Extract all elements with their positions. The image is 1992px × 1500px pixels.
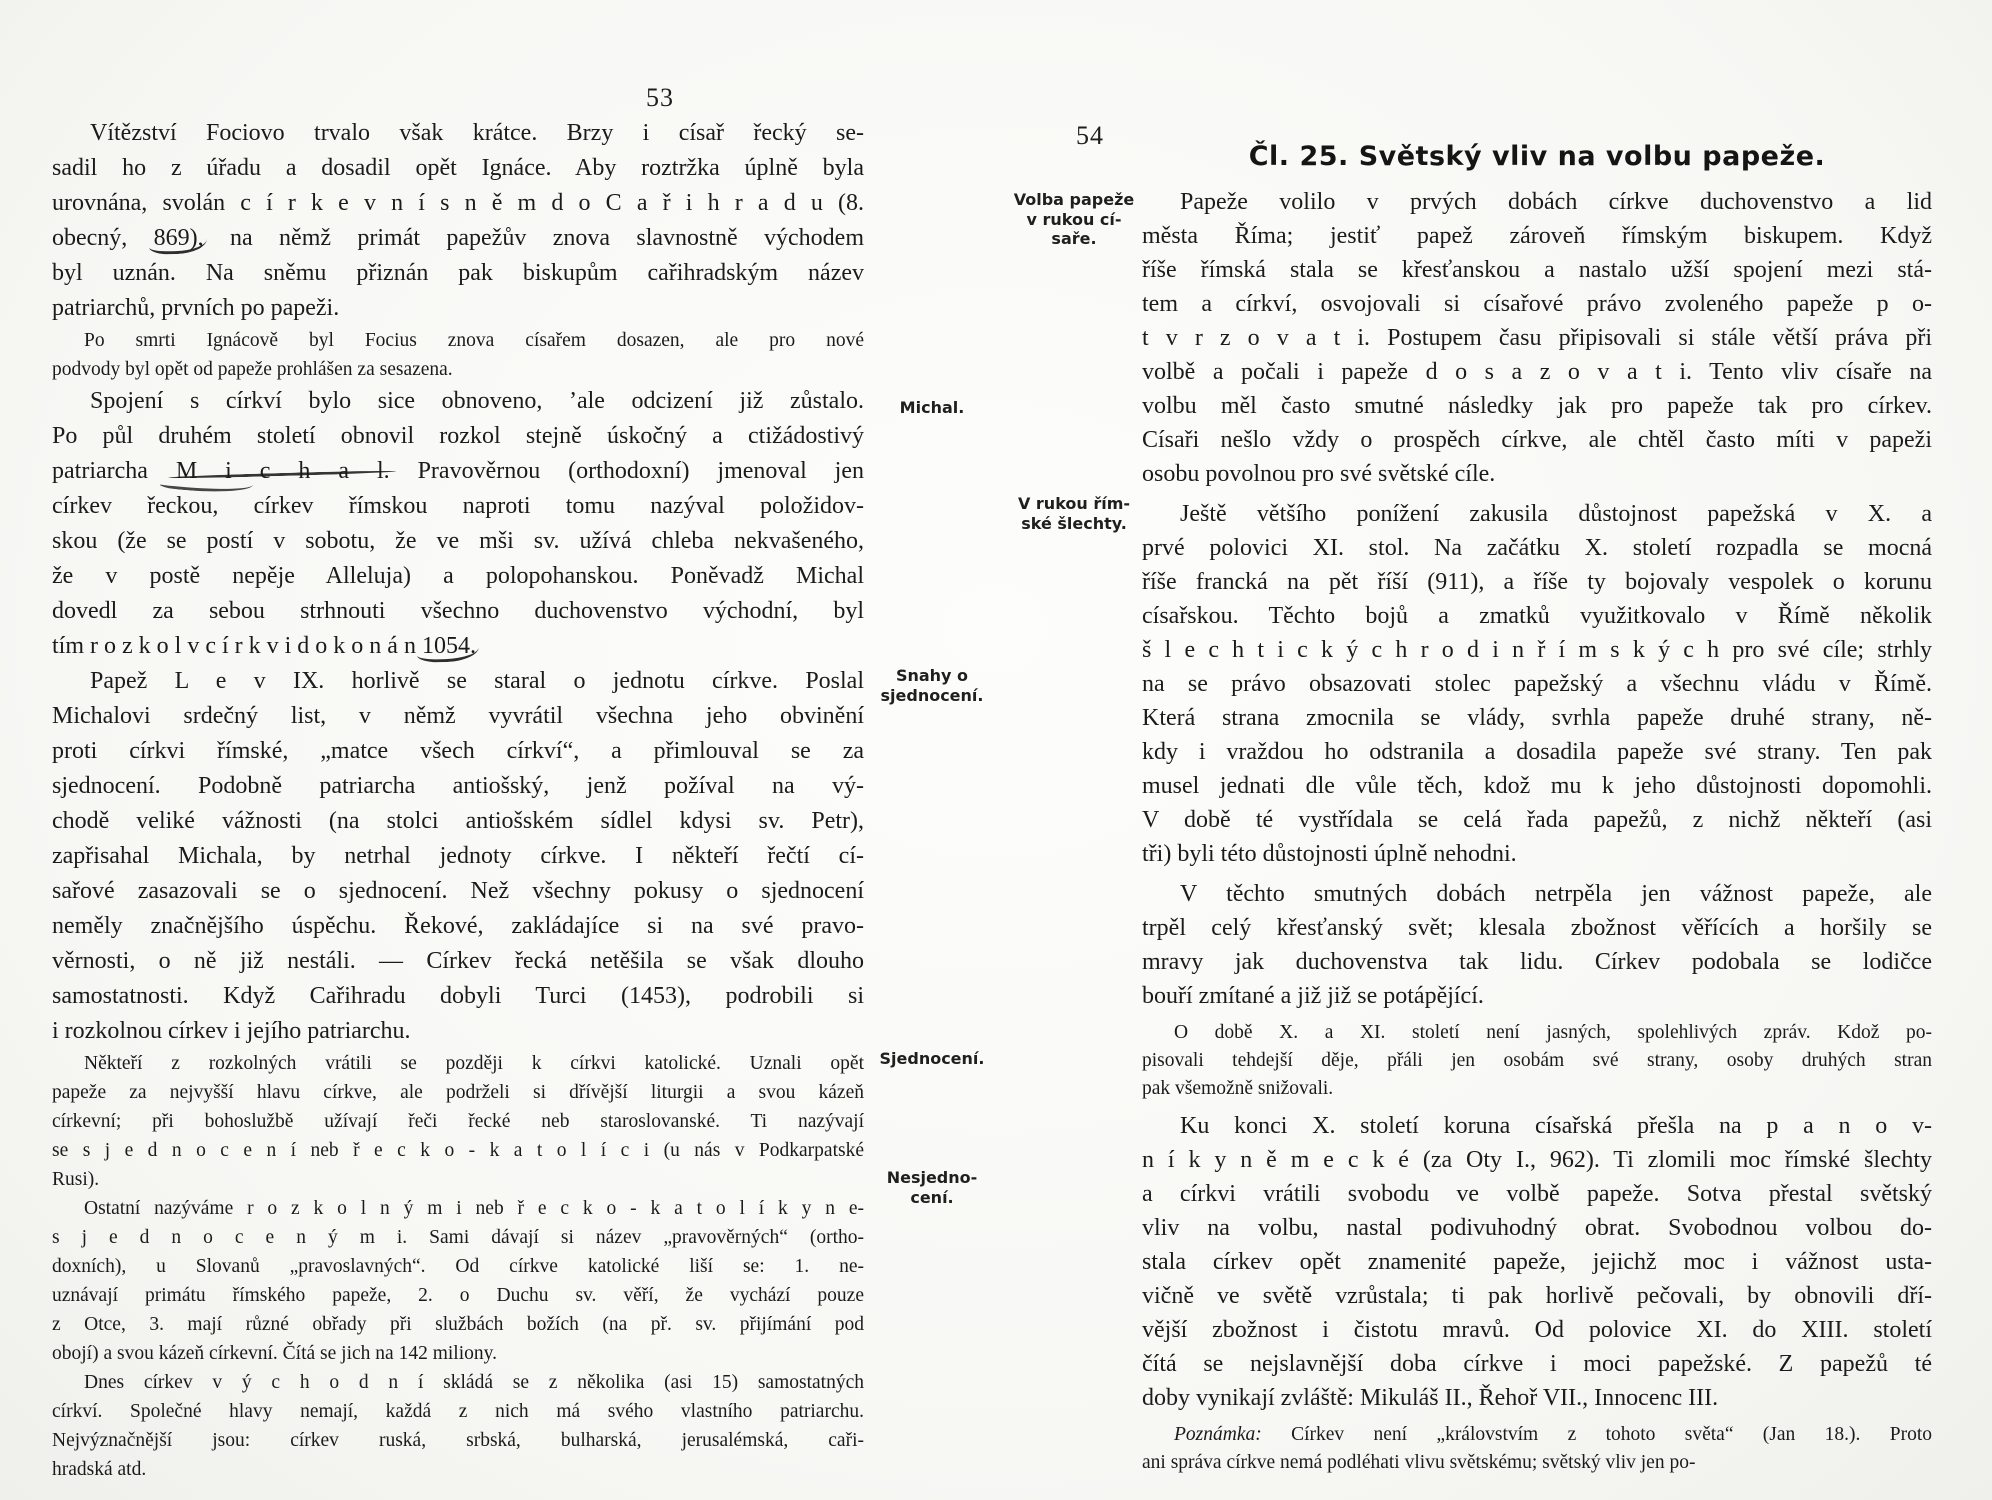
text-line: vičně ve světě vzrůstala; ti pak horlivě… — [1142, 1279, 1932, 1313]
text-line: Spojení s církví bylo sice obnoveno, ’al… — [52, 384, 864, 419]
paragraph-eastern-churches: Dnes církev v ý c h o d n í skládá se z … — [52, 1368, 864, 1484]
text-segment: církev řeckou, církev římskou naproti to… — [52, 493, 864, 519]
text-line: věrnosti, o ně již nestáli. — Církev řec… — [52, 944, 864, 979]
paragraph-german-rulers: Ku konci X. století koruna císařská přeš… — [1142, 1109, 1932, 1415]
text-line: Která strana zmocnila se vlády, svrhla p… — [1142, 701, 1932, 735]
text-line: urovnána, svolán c í r k e v n í s n ě m… — [52, 186, 864, 221]
annotated-text-ital: Poznámka: — [1174, 1424, 1262, 1445]
text-line: osobu povolnou pro své světské cíle. — [1142, 457, 1932, 491]
text-line: čítá se nejslavnější doba církve i moci … — [1142, 1347, 1932, 1381]
text-line: Nesjedno- — [866, 1168, 998, 1188]
text-line: ské šlechty. — [1012, 514, 1136, 534]
paragraph-uniates: Někteří z rozkolných vrátili se později … — [52, 1049, 864, 1194]
text-line: města Říma; jestiť papež zároveň římským… — [1142, 219, 1932, 253]
paragraph-sad-times: V těchto smutných dobách netrpěla jen vá… — [1142, 877, 1932, 1013]
text-line: uznávají primátu římského papeže, 2. o D… — [52, 1281, 864, 1310]
text-line: říše římská stala se křesťanskou a nasta… — [1142, 253, 1932, 287]
text-line: n í k y n ě m e c k é (za Oty I., 962). … — [1142, 1143, 1932, 1177]
text-segment: Spojení s církví bylo sice obnoveno, ’al… — [90, 388, 864, 414]
paragraph-x-xi-century-sources: O době X. a XI. století není jasných, sp… — [1142, 1019, 1932, 1103]
text-line: skou (že se postí v sobotu, že ve mši sv… — [52, 524, 864, 559]
annotated-text-pen-under: 1054 — [422, 633, 470, 659]
text-line: pak všemožně snižovali. — [1142, 1075, 1932, 1103]
annotated-text-pen-under: 869) — [154, 225, 198, 251]
text-segment: obecný, — [52, 225, 154, 251]
text-segment: Po půl druhém století obnovil rozkol ste… — [52, 423, 864, 449]
text-line: byl uznán. Na sněmu přiznán pak biskupům… — [52, 256, 864, 291]
text-line: dovedl za sebou strhnouti všechno duchov… — [52, 594, 864, 629]
text-line: volbě a počali i papeže d o s a z o v a … — [1142, 355, 1932, 389]
text-line: Dnes církev v ý c h o d n í skládá se z … — [52, 1368, 864, 1397]
text-line: neměly značnějšího úspěchu. Řekové, zakl… — [52, 909, 864, 944]
text-line: vější zbožnost i čistotu mravů. Od polov… — [1142, 1313, 1932, 1347]
paragraph-roman-nobility: Ještě většího ponížení zakusila důstojno… — [1142, 497, 1932, 871]
text-line: podvody byl opět od papeže prohlášen za … — [52, 355, 864, 384]
text-segment: že v postě nepěje Alleluja) a polopohans… — [52, 563, 864, 589]
text-line: tem a církví, osvojovali si císařové prá… — [1142, 287, 1932, 321]
text-line: saře. — [1012, 229, 1136, 249]
page-number-right: 54 — [1076, 121, 1104, 151]
text-segment: patriarcha — [52, 458, 176, 484]
text-line: Ku konci X. století koruna císařská přeš… — [1142, 1109, 1932, 1143]
text-line: Papež L e v IX. horlivě se staral o jedn… — [52, 664, 864, 699]
text-line: prvé polovici XI. stol. Na začátku X. st… — [1142, 531, 1932, 565]
text-line: samostatnosti. Když Cařihradu dobyli Tur… — [52, 979, 864, 1014]
left-page-text-column: Vítězství Fociovo trvalo však krátce. Br… — [52, 116, 864, 1484]
text-line: bouří zmítané a již již se potápějící. — [1142, 979, 1932, 1013]
text-line: a církvi vrátili svobodu ve volbě papeže… — [1142, 1177, 1932, 1211]
text-line: V době té vystřídala se celá řada papežů… — [1142, 803, 1932, 837]
text-line: císařskou. Těchto bojů a zmatků využitko… — [1142, 599, 1932, 633]
text-line: že v postě nepěje Alleluja) a polopohans… — [52, 559, 864, 594]
text-line: V těchto smutných dobách netrpěla jen vá… — [1142, 877, 1932, 911]
text-line: tím r o z k o l v c í r k v i d o k o n … — [52, 629, 864, 664]
text-line: mravy jak duchovenstva tak lidu. Církev … — [1142, 945, 1932, 979]
text-line: Vítězství Fociovo trvalo však krátce. Br… — [52, 116, 864, 151]
text-line: proti církvi římské, „matce všech církví… — [52, 734, 864, 769]
text-segment: . Pravověrnou (orthodoxní) jmenoval jen — [384, 458, 864, 484]
text-line: církevní; při bohoslužbě užívají řeči ře… — [52, 1107, 864, 1136]
text-line: z Otce, 3. mají různé obřady při službác… — [52, 1310, 864, 1339]
text-line: Poznámka: Církev není „královstvím z toh… — [1142, 1421, 1932, 1449]
text-line: v rukou cí- — [1012, 210, 1136, 230]
text-line: se s j e d n o c e n í neb ř e c k o - k… — [52, 1136, 864, 1165]
text-segment: sadil ho z úřadu a dosadil opět Ignáce. … — [52, 155, 864, 181]
text-line: Po smrti Ignácově byl Focius znova císař… — [52, 326, 864, 355]
text-line: š l e c h t i c k ý c h r o d i n ř í m … — [1142, 633, 1932, 667]
text-segment: , na němž primát papežův znova slavnostn… — [198, 225, 864, 251]
margin-note-volba-papeze: Volba papežev rukou cí-saře. — [1012, 190, 1136, 249]
text-line: hradská atd. — [52, 1455, 864, 1484]
text-line: kdy i vraždou ho odstranila a dosadila p… — [1142, 735, 1932, 769]
text-line: sařové zasazovali se o sjednocení. Než v… — [52, 874, 864, 909]
text-segment: patriarchů, prvních po papeži. — [52, 295, 339, 321]
paragraph-focius-deposed: Po smrti Ignácově byl Focius znova císař… — [52, 326, 864, 384]
text-line: církví. Společné hlavy nemají, každá z n… — [52, 1397, 864, 1426]
text-line: s j e d n o c e n ý m i. Sami dávají si … — [52, 1223, 864, 1252]
text-line: Ještě většího ponížení zakusila důstojno… — [1142, 497, 1932, 531]
margin-note-michal: Michal. — [866, 398, 998, 418]
paragraph-lev-ix: Papež L e v IX. horlivě se staral o jedn… — [52, 664, 864, 1049]
text-segment: skou (že se postí v sobotu, že ve mši sv… — [52, 528, 864, 554]
text-line: patriarchů, prvních po papeži. — [52, 291, 864, 326]
text-line: církev řeckou, církev římskou naproti to… — [52, 489, 864, 524]
text-line: stala církev opět znamenité papeže, jeji… — [1142, 1245, 1932, 1279]
text-line: doby vynikají zvláště: Mikuláš II., Řeho… — [1142, 1381, 1932, 1415]
text-segment: Církev není „královstvím z tohoto světa“… — [1262, 1424, 1932, 1445]
text-line: obojí) a svou kázeň církevní. Čítá se ji… — [52, 1339, 864, 1368]
paragraph-papal-election: Papeže volilo v prvých dobách církve duc… — [1142, 185, 1932, 491]
text-line: Sjednocení. — [866, 1049, 998, 1069]
text-line: V rukou řím- — [1012, 494, 1136, 514]
margin-note-snahy-o-sjednoceni: Snahy osjednocení. — [866, 666, 998, 705]
text-line: Snahy o — [866, 666, 998, 686]
text-segment: urovnána, svolán c í r k e v n í s n ě m… — [52, 190, 864, 216]
text-line: ani správa církve nemá podléhati vlivu s… — [1142, 1449, 1932, 1477]
text-line: O době X. a XI. století není jasných, sp… — [1142, 1019, 1932, 1047]
text-line: musel jednati dle vůle těch, kdož mu k j… — [1142, 769, 1932, 803]
text-line: na se právo obsazovati stolec papežský a… — [1142, 667, 1932, 701]
annotated-text-pen-strike: M i c h a l — [176, 458, 384, 484]
text-segment: ani správa církve nemá podléhati vlivu s… — [1142, 1452, 1695, 1473]
text-line: i rozkolnou církev i jejího patriarchu. — [52, 1014, 864, 1049]
text-line: patriarcha M i c h a l. Pravověrnou (ort… — [52, 454, 864, 489]
text-line: sadil ho z úřadu a dosadil opět Ignáce. … — [52, 151, 864, 186]
text-line: pisovali tehdejší děje, přáli jen osobám… — [1142, 1047, 1932, 1075]
paragraph-orthodox: Ostatní nazýváme r o z k o l n ý m i neb… — [52, 1194, 864, 1368]
text-line: Michalovi srdečný list, v němž vyvrátil … — [52, 699, 864, 734]
text-line: vliv na volbu, nastal podivuhodný obrat.… — [1142, 1211, 1932, 1245]
text-line: říše francká na pět říší (911), a říše t… — [1142, 565, 1932, 599]
margin-note-nesjednoceni: Nesjedno-cení. — [866, 1168, 998, 1207]
margin-note-sjednoceni: Sjednocení. — [866, 1049, 998, 1069]
text-line: Ostatní nazýváme r o z k o l n ý m i neb… — [52, 1194, 864, 1223]
text-line: Někteří z rozkolných vrátili se později … — [52, 1049, 864, 1078]
text-line: cení. — [866, 1188, 998, 1208]
right-page-text-column: Papeže volilo v prvých dobách církve duc… — [1142, 185, 1932, 1477]
text-line: doxních), u Slovanů „pravoslavných“. Od … — [52, 1252, 864, 1281]
text-line: Po půl druhém století obnovil rozkol ste… — [52, 419, 864, 454]
paragraph-victory-focius: Vítězství Fociovo trvalo však krátce. Br… — [52, 116, 864, 326]
paragraph-poznamka-note: Poznámka: Církev není „královstvím z toh… — [1142, 1421, 1932, 1477]
text-segment: byl uznán. Na sněmu přiznán pak biskupům… — [52, 260, 864, 286]
text-segment: tím r o z k o l v c í r k v i d o k o n … — [52, 633, 422, 659]
text-line: trpěl celý křesťanský svět; klesala zbož… — [1142, 911, 1932, 945]
text-line: Rusi). — [52, 1165, 864, 1194]
text-line: Papeže volilo v prvých dobách církve duc… — [1142, 185, 1932, 219]
article-heading: Čl. 25. Světský vliv na volbu papeže. — [1142, 141, 1932, 172]
book-spread: 53 54 Čl. 25. Světský vliv na volbu pape… — [0, 0, 1992, 1500]
paragraph-michal-schism: Spojení s církví bylo sice obnoveno, ’al… — [52, 384, 864, 664]
text-line: Císaři nešlo vždy o prospěch církve, ale… — [1142, 423, 1932, 457]
text-line: volbu měl často smutné následky jak pro … — [1142, 389, 1932, 423]
text-line: Nejvýznačnější jsou: církev ruská, srbsk… — [52, 1426, 864, 1455]
text-segment: Vítězství Fociovo trvalo však krátce. Br… — [90, 120, 864, 146]
margin-note-v-rukou-slechty: V rukou řím-ské šlechty. — [1012, 494, 1136, 533]
text-line: Michal. — [866, 398, 998, 418]
text-line: sjednocení. Podobně patriarcha antiošský… — [52, 769, 864, 804]
text-line: obecný, 869), na němž primát papežův zno… — [52, 221, 864, 256]
text-segment: dovedl za sebou strhnouti všechno duchov… — [52, 598, 864, 624]
text-line: papeže za nejvyšší hlavu církve, ale pod… — [52, 1078, 864, 1107]
text-line: sjednocení. — [866, 686, 998, 706]
text-line: Volba papeže — [1012, 190, 1136, 210]
text-line: t v r z o v a t i. Postupem času připiso… — [1142, 321, 1932, 355]
page-number-left: 53 — [646, 83, 674, 113]
text-line: chodě veliké vážnosti (na stolci antiošs… — [52, 804, 864, 839]
text-line: zapřisahal Michala, by netrhal jednoty c… — [52, 839, 864, 874]
text-line: tři) byli této důstojnosti úplně nehodni… — [1142, 837, 1932, 871]
